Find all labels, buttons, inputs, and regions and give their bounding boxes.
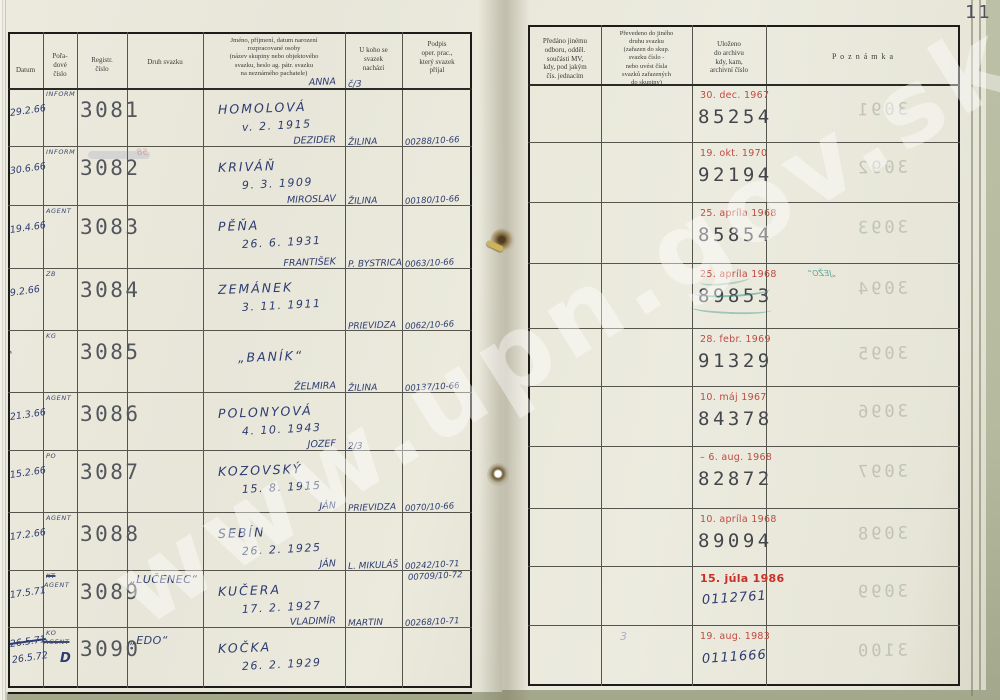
header-datum: Datum [9, 66, 42, 75]
entry-surname: KOZOVSKÝ [218, 461, 303, 479]
registration-number-stamp: 3085 [80, 340, 141, 364]
header-jmeno: Jméno, příjmení, datum narození rozpraco… [206, 37, 342, 78]
archive-date-stamp: 19. okt. 1970 [700, 148, 767, 159]
archive-number-stamp: 82872 [698, 468, 773, 490]
entry-type-note: KO [46, 629, 56, 637]
ghost-bleedthrough-number: 3098 [855, 524, 908, 545]
archive-date-stamp: 10. máj 1967 [700, 392, 767, 403]
entry-type-note: INFORM [46, 90, 75, 98]
entry-place: č/3 [348, 80, 362, 90]
entry-place: L. MIKULÁŠ [348, 560, 399, 572]
page-number: 11 [965, 2, 992, 23]
registration-number-stamp: 3088 [80, 522, 141, 546]
archive-date-stamp: 30. dec. 1967 [700, 90, 769, 101]
archive-number-stamp: 92194 [698, 164, 773, 186]
entry-place: PRIEVIDZA [348, 502, 396, 514]
registration-number-stamp: 3081 [80, 98, 141, 122]
header-poradove: Pořa- dové číslo [43, 52, 77, 78]
entry-type-note: AGENT [46, 394, 71, 402]
ghost-bleedthrough-number: 3100 [855, 641, 908, 662]
right-row-line [528, 84, 960, 86]
right-row-line [528, 566, 960, 567]
entry-type-note-2: AGENT [44, 581, 69, 589]
entry-place: ŽILINA [348, 196, 378, 207]
archive-date-stamp: 28. febr. 1969 [700, 334, 771, 345]
right-row-line [528, 625, 960, 626]
entry-type-note: AGENT [46, 207, 71, 215]
header-registr: Registr. číslo [77, 56, 127, 74]
entry-surname: PĚŇA [218, 218, 260, 234]
entry-place: PRIEVIDZA [348, 320, 396, 332]
right-row-line [528, 508, 960, 509]
entry-type-note-2: AGENT [44, 638, 69, 646]
right-row-line [528, 142, 960, 143]
ghost-bleedthrough-number: 3093 [855, 218, 908, 239]
left-column-line [77, 32, 78, 688]
archive-number-stamp: 85854 [698, 224, 773, 246]
ghost-bleedthrough-number: 3094 [855, 279, 908, 300]
archive-number-stamp: 85254 [698, 106, 773, 128]
ghost-bleedthrough-number: 3099 [855, 582, 908, 603]
left-column-line [203, 32, 204, 688]
right-row-line [528, 328, 960, 329]
entry-place: MARTIN [348, 618, 383, 629]
ghost-bleedthrough-number: 3091 [855, 100, 908, 121]
archive-date-stamp: 25. apríla 1968 [700, 208, 777, 219]
entry-place: ŽILINA [348, 137, 378, 148]
archive-number-stamp: 84378 [698, 408, 773, 430]
ghost-bleedthrough-number: 3097 [855, 462, 908, 483]
left-column-line [402, 32, 403, 688]
registration-number-stamp: 3087 [80, 460, 141, 484]
entry-surname: KOČKA [218, 639, 272, 656]
right-row-line [528, 386, 960, 387]
registration-number-stamp: 3084 [80, 278, 141, 302]
entry-place: P. BYSTRICA [348, 258, 402, 270]
left-row-line [8, 330, 472, 331]
entry-surname: „BANÍK“ [238, 348, 304, 365]
ledger-scan: DatumPořa- dové čísloRegistr. čísloDruh … [0, 0, 1000, 700]
entry-type-note: INFORM [46, 148, 75, 156]
header-druh: Druh svazku [127, 58, 203, 67]
right-row-line [528, 202, 960, 203]
archive-number-stamp: 91329 [698, 350, 773, 372]
ghost-bleedthrough-number: 3092 [855, 158, 908, 179]
faint-pencil-mark: 3 [620, 630, 627, 643]
entry-type-note: KT [46, 572, 55, 580]
ghost-bleedthrough-number: 3095 [855, 344, 908, 365]
entry-date-mark: D [60, 651, 71, 666]
entry-place: ŽILINA [348, 383, 378, 394]
header-podpis: Podpis oper. prac., který svazek přijal [402, 40, 472, 75]
left-table-bottom-rule [8, 692, 472, 694]
archive-date-stamp: 19. aug. 1983 [700, 631, 770, 642]
entry-place: 2/3 [348, 441, 363, 451]
entry-surname: KUČERA [218, 582, 281, 599]
archive-number-stamp: 89094 [698, 530, 773, 552]
entry-surname: HOMOLOVÁ [218, 99, 307, 117]
teal-bleedthrough-mark: „JEŽO“ [808, 269, 835, 278]
entry-type-note: ZB [46, 270, 56, 278]
entry-cover-name: „LUČENEC“ [130, 573, 198, 586]
entry-cover-name: „EDO“ [130, 634, 168, 647]
header-poznamka: P o z n á m k a [766, 52, 960, 62]
registration-number-stamp: 3083 [80, 215, 141, 239]
header-prevedeno: Převedeno do jiného druhu svazku (zařaze… [601, 30, 692, 87]
header-ulozeno: Uloženo do archivu kdy, kam, archivní čí… [692, 40, 766, 75]
archive-date-stamp: 10. apríla 1968 [700, 514, 777, 525]
entry-type-note: KG [46, 332, 57, 340]
ghost-bleedthrough-number: 3096 [855, 402, 908, 423]
registration-number-stamp: 3086 [80, 402, 141, 426]
archive-date-stamp: 15. júla 1986 [700, 572, 784, 585]
header-u-koho: U koho se svazek nachází [345, 46, 402, 72]
ghost-blue-smudge [88, 151, 150, 159]
header-predano: Předáno jinému odboru, odděl. součásti M… [529, 37, 601, 81]
entry-surname: KRIVÁŇ [218, 158, 277, 175]
right-column-line [692, 25, 693, 686]
right-column-line [601, 25, 602, 686]
right-row-line [528, 263, 960, 264]
left-column-line [345, 32, 346, 688]
entry-type-note: AGENT [46, 514, 71, 522]
entry-surname: SEBÍN [218, 524, 266, 541]
archive-date-stamp: – 6. aug. 1968 [700, 452, 772, 463]
registration-number-stamp: 3082 [80, 156, 141, 180]
binding-hole-bottom [487, 463, 509, 487]
entry-type-note: PO [46, 452, 56, 460]
entry-surname: ZEMÁNEK [218, 279, 294, 297]
right-row-line [528, 446, 960, 447]
